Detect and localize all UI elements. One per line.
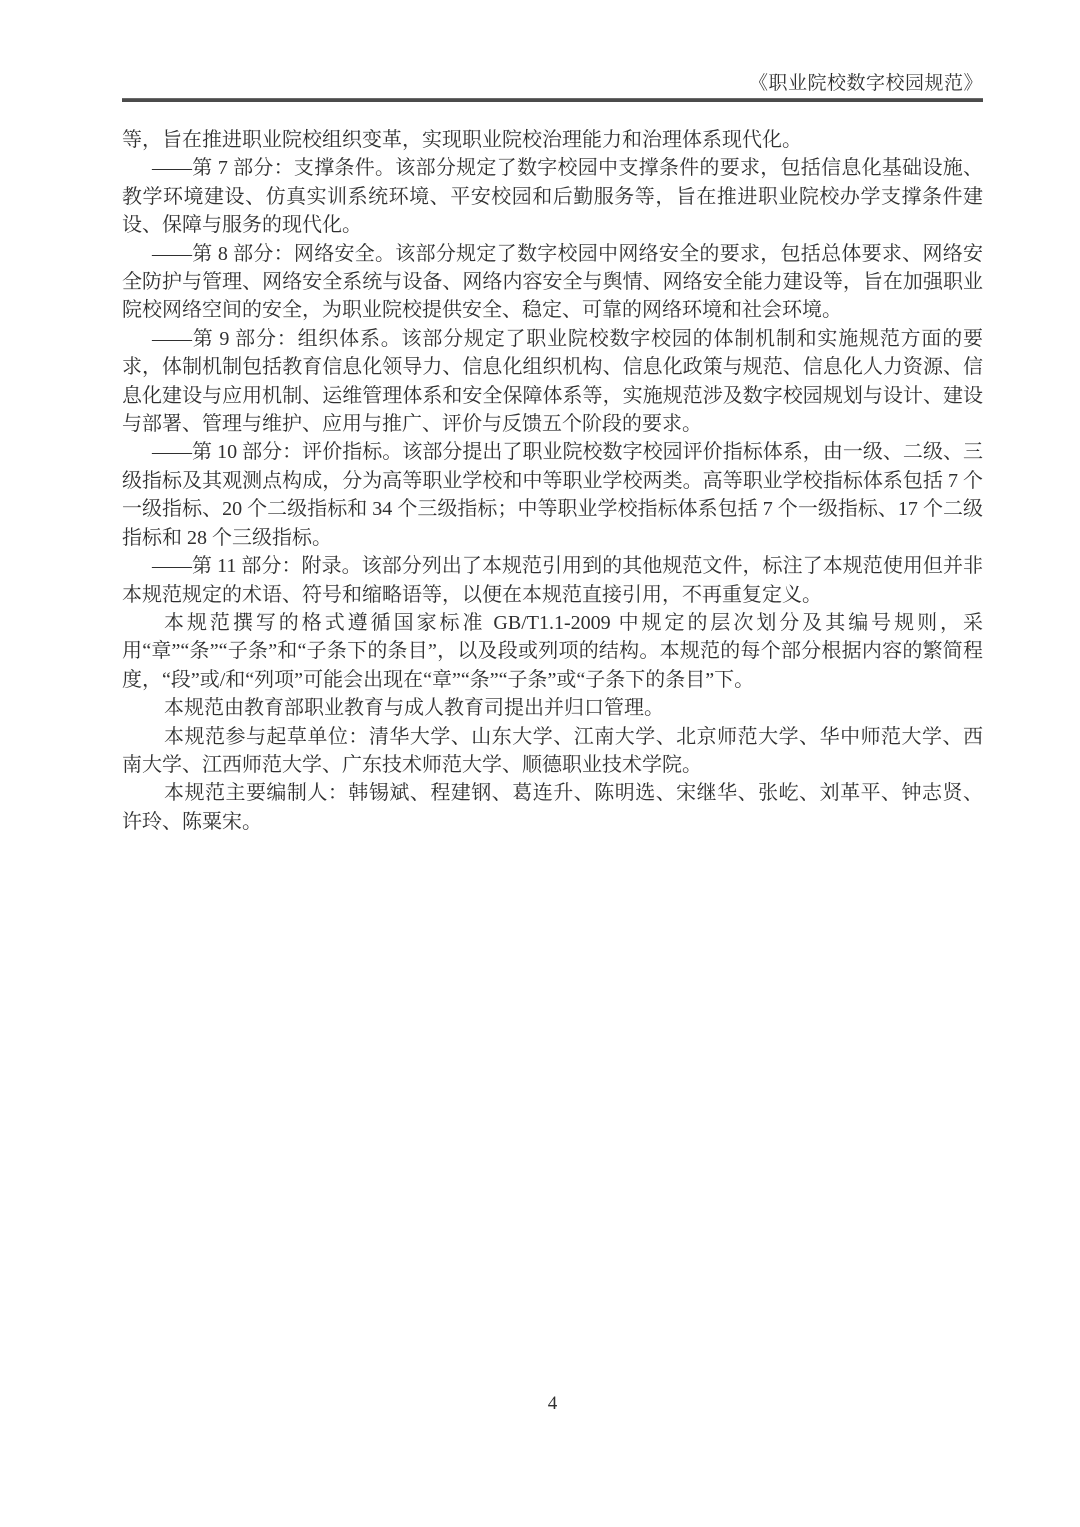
paragraph: 本规范由教育部职业教育与成人教育司提出并归口管理。 xyxy=(122,694,983,722)
paragraph: 等，旨在推进职业院校组织变革，实现职业院校治理能力和治理体系现代化。 xyxy=(122,126,983,154)
paragraph: 本规范参与起草单位：清华大学、山东大学、江南大学、北京师范大学、华中师范大学、西… xyxy=(122,723,983,780)
header-rule xyxy=(122,98,983,102)
content-area: 《职业院校数字校园规范》 等，旨在推进职业院校组织变革，实现职业院校治理能力和治… xyxy=(122,0,983,836)
document-body: 等，旨在推进职业院校组织变革，实现职业院校治理能力和治理体系现代化。——第 7 … xyxy=(122,126,983,836)
paragraph: ——第 8 部分：网络安全。该部分规定了数字校园中网络安全的要求，包括总体要求、… xyxy=(122,240,983,325)
paragraph: ——第 7 部分：支撑条件。该部分规定了数字校园中支撑条件的要求，包括信息化基础… xyxy=(122,154,983,239)
document-page: 《职业院校数字校园规范》 等，旨在推进职业院校组织变革，实现职业院校治理能力和治… xyxy=(0,0,1080,1527)
paragraph: ——第 10 部分：评价指标。该部分提出了职业院校数字校园评价指标体系，由一级、… xyxy=(122,438,983,552)
paragraph: 本规范撰写的格式遵循国家标准 GB/T1.1-2009 中规定的层次划分及其编号… xyxy=(122,609,983,694)
paragraph: 本规范主要编制人：韩锡斌、程建钢、葛连升、陈明选、宋继华、张屹、刘革平、钟志贤、… xyxy=(122,779,983,836)
page-number: 4 xyxy=(122,1392,983,1416)
paragraph: ——第 11 部分：附录。该部分列出了本规范引用到的其他规范文件，标注了本规范使… xyxy=(122,552,983,609)
paragraph: ——第 9 部分：组织体系。该部分规定了职业院校数字校园的体制机制和实施规范方面… xyxy=(122,325,983,439)
header-title: 《职业院校数字校园规范》 xyxy=(122,72,983,96)
